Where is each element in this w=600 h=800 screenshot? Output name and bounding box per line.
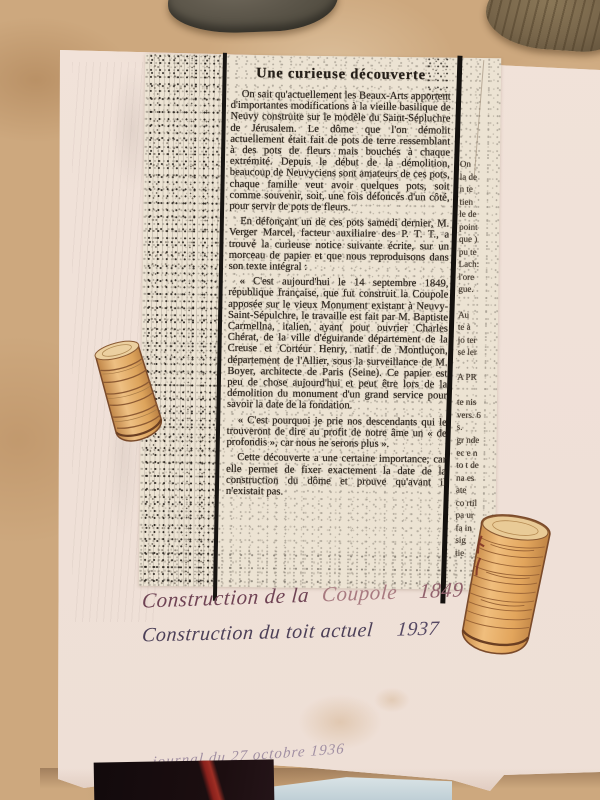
handwritten-line1-year: 1849 [418,577,464,603]
handwritten-line1-word: Coupole [321,580,398,607]
article-paragraph-4: « C'est pourquoi je prie nos descendants… [226,415,446,451]
article-paragraph-2: En défonçant un de ces pots samedi derni… [229,216,450,275]
article-title: Une curieuse découverte [231,65,451,85]
stone-object-top-right [484,0,600,55]
article-paragraph-3: « C'est aujourd'hui le 14 septembre 1849… [227,276,449,413]
article-column: Une curieuse découverte On sait qu'actue… [226,63,451,504]
handwritten-line2-text: Construction du toit actuel [141,619,374,646]
dark-object-bottom [94,759,275,800]
stone-object-top-left [167,0,339,35]
article-paragraph-5: Cette découverte a une certaine importan… [226,452,447,499]
newspaper-clipping: Une curieuse découverte On sait qu'actue… [139,54,501,590]
article-paragraph-1: On sait qu'actuellement les Beaux-Arts a… [229,89,450,215]
photograph-of-document: Une curieuse découverte On sait qu'actue… [0,0,600,800]
handwritten-line1-text: Construction de la [141,583,310,613]
side-column-fragments: On la de n te tien le de point que ) pu … [455,158,498,560]
speckle-band-left [143,54,221,587]
handwritten-line2-year: 1937 [396,618,440,641]
